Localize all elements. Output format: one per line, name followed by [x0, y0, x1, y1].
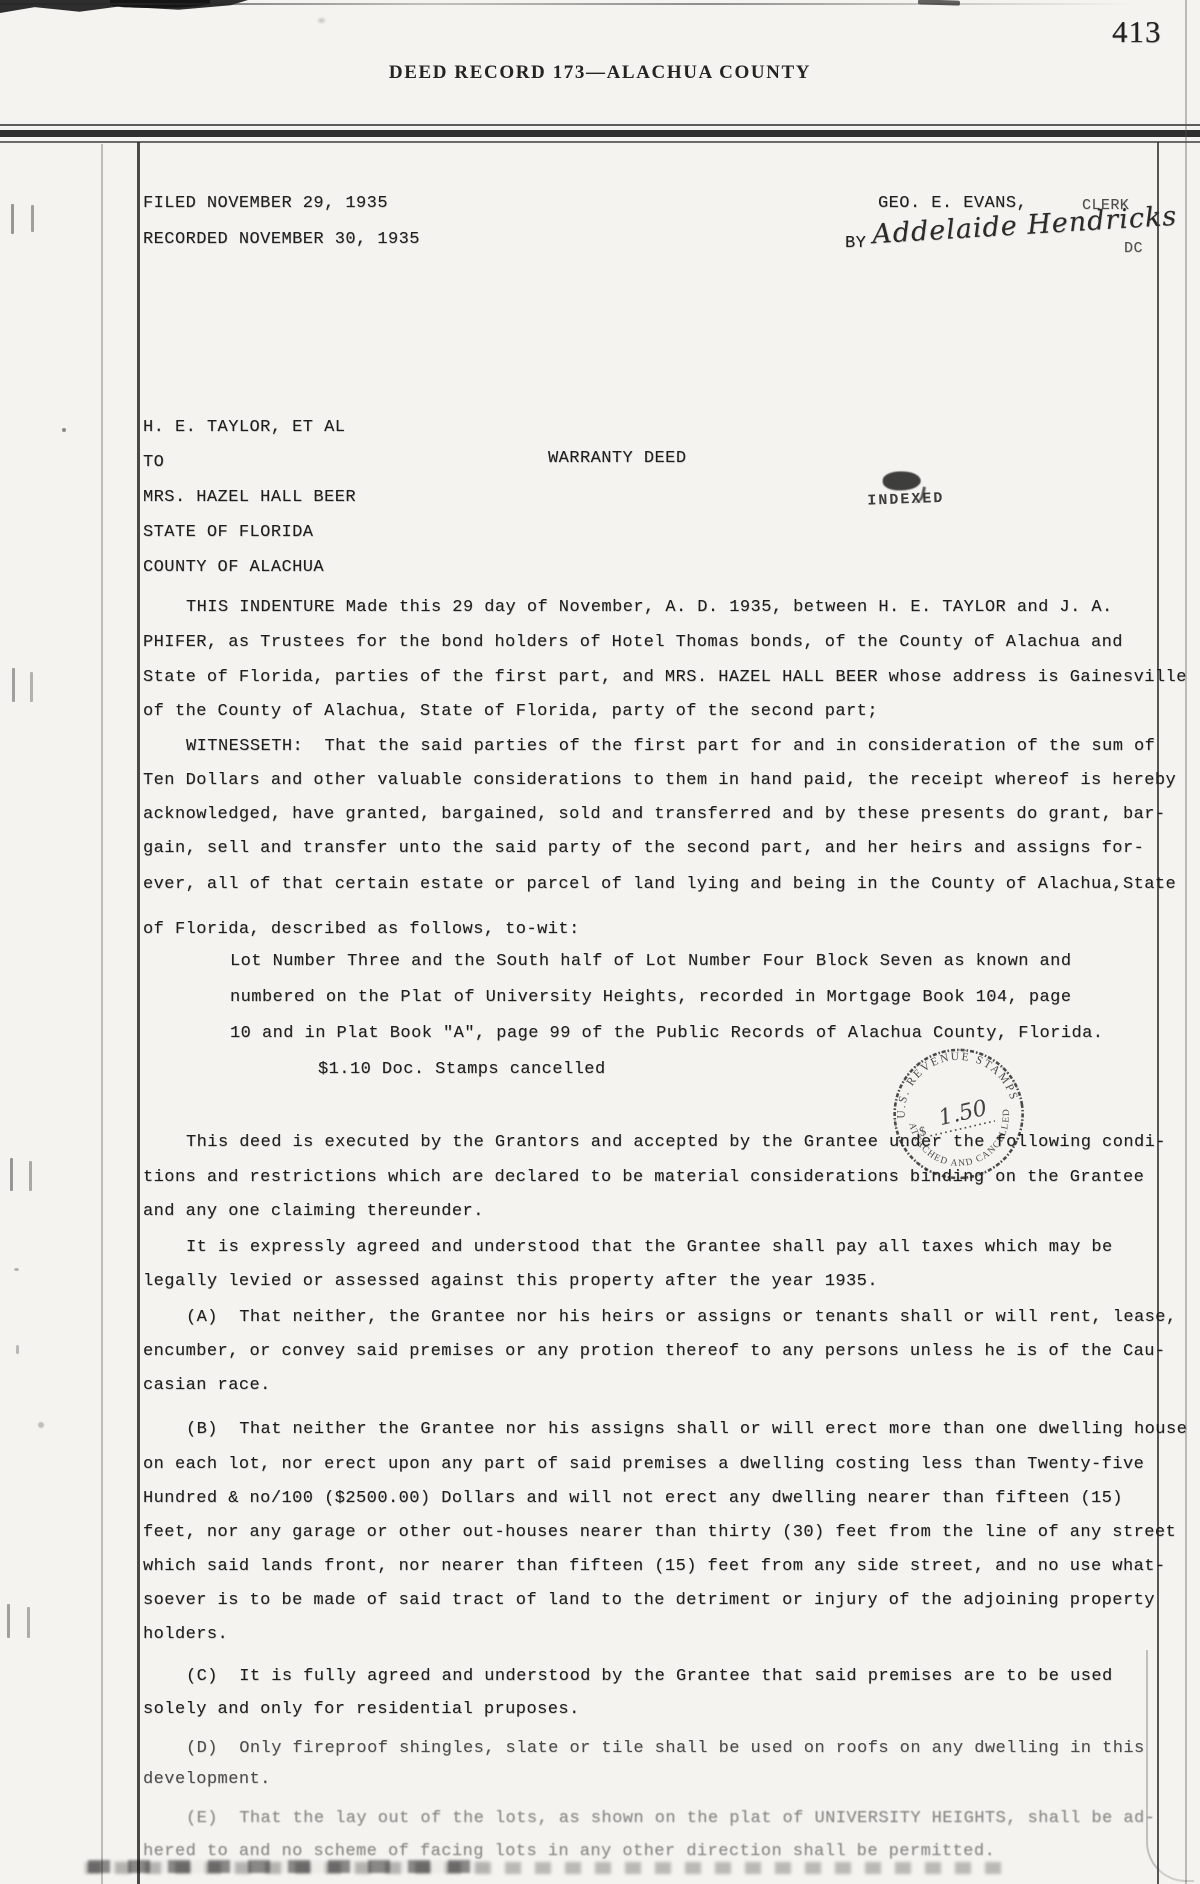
margin-mark	[10, 1158, 13, 1191]
header-rule-thin	[0, 124, 1200, 126]
text-line: encumber, or convey said premises or any…	[143, 1342, 1166, 1361]
revenue-stamp: U.S. REVENUE STAMPS ATTACHED AND CANCELL…	[862, 1014, 1054, 1206]
margin-mark	[30, 672, 33, 702]
speck	[16, 1345, 19, 1354]
indexed-stamp-label: INDEXED	[867, 490, 945, 510]
margin-mark	[11, 204, 14, 234]
text-line: State of Florida, parties of the first p…	[143, 668, 1187, 687]
text-line: numbered on the Plat of University Heigh…	[230, 988, 1071, 1007]
left-border	[137, 142, 140, 1884]
instrument-type: WARRANTY DEED	[548, 449, 686, 468]
text-line: (B) That neither the Grantee nor his ass…	[186, 1420, 1187, 1439]
text-line: feet, nor any garage or other out-houses…	[143, 1523, 1176, 1542]
text-line: THIS INDENTURE Made this 29 day of Novem…	[186, 598, 1113, 617]
recorded-date-line: RECORDED NOVEMBER 30, 1935	[143, 230, 420, 249]
margin-mark	[12, 668, 15, 702]
text-line: It is expressly agreed and understood th…	[186, 1238, 1113, 1257]
text-line: soever is to be made of said tract of la…	[143, 1591, 1155, 1610]
left-outer-border	[101, 144, 103, 1884]
stamp-amount-group: $ 1.50	[915, 1095, 995, 1139]
text-line: $1.10 Doc. Stamps cancelled	[318, 1060, 606, 1079]
text-line: Lot Number Three and the South half of L…	[230, 952, 1071, 971]
speck	[62, 428, 66, 432]
text-line: (E) That the lay out of the lots, as sho…	[186, 1809, 1155, 1828]
text-line: on each lot, nor erect upon any part of …	[143, 1455, 1144, 1474]
text-line: (D) Only fireproof shingles, slate or ti…	[186, 1739, 1145, 1758]
text-line: gain, sell and transfer unto the said pa…	[143, 839, 1144, 858]
state-line: STATE OF FLORIDA	[143, 523, 313, 542]
text-line: of Florida, described as follows, to-wit…	[143, 920, 580, 939]
margin-mark	[31, 205, 34, 232]
page-number: 413	[1112, 14, 1162, 50]
page-header: DEED RECORD 173—ALACHUA COUNTY	[300, 62, 900, 84]
text-line: and any one claiming thereunder.	[143, 1202, 484, 1221]
text-line: of the County of Alachua, State of Flori…	[143, 702, 878, 721]
text-line: which said lands front, nor nearer than …	[143, 1557, 1166, 1576]
stamp-amount: 1.50	[936, 1096, 989, 1131]
text-line: solely and only for residential pruposes…	[143, 1700, 580, 1719]
right-border	[1157, 142, 1159, 1884]
grantor-name: H. E. TAYLOR, ET AL	[143, 418, 345, 437]
margin-mark	[7, 1604, 10, 1638]
page-edge-curve	[1146, 1650, 1194, 1882]
top-edge-scan-line	[0, 3, 1135, 5]
filed-date-line: FILED NOVEMBER 29, 1935	[143, 194, 388, 213]
text-line: WITNESSETH: That the said parties of the…	[186, 737, 1155, 756]
text-line: (C) It is fully agreed and understood by…	[186, 1667, 1113, 1686]
bottom-edge-artifact	[88, 1860, 488, 1873]
margin-mark	[27, 1607, 30, 1638]
text-line: legally levied or assessed against this …	[143, 1272, 878, 1291]
to-connector: TO	[143, 453, 164, 472]
grantee-name: MRS. HAZEL HALL BEER	[143, 488, 356, 507]
speck	[38, 1422, 44, 1428]
page-right-edge	[1185, 0, 1187, 1884]
text-line: holders.	[143, 1625, 228, 1644]
text-line: PHIFER, as Trustees for the bond holders…	[143, 633, 1123, 652]
text-line: development.	[143, 1770, 271, 1789]
speck	[318, 18, 325, 23]
margin-mark	[29, 1161, 32, 1191]
text-line: ever, all of that certain estate or parc…	[143, 875, 1176, 894]
text-line: Ten Dollars and other valuable considera…	[143, 771, 1176, 790]
text-line: Hundred & no/100 ($2500.00) Dollars and …	[143, 1489, 1123, 1508]
header-rule-lower	[0, 141, 1200, 143]
deed-record-page: 413 DEED RECORD 173—ALACHUA COUNTY FILED…	[0, 0, 1200, 1884]
text-line: hered to and no scheme of facing lots in…	[143, 1842, 995, 1861]
text-line: (A) That neither, the Grantee nor his he…	[186, 1308, 1177, 1327]
deputy-title: DC	[1124, 240, 1143, 257]
indexed-stamp: INDEXED	[823, 473, 947, 562]
by-label: BY	[845, 234, 866, 253]
header-rule-thick	[0, 130, 1200, 137]
text-line: casian race.	[143, 1376, 271, 1395]
county-line: COUNTY OF ALACHUA	[143, 558, 324, 577]
text-line: acknowledged, have granted, bargained, s…	[143, 805, 1166, 824]
speck	[14, 1268, 19, 1271]
